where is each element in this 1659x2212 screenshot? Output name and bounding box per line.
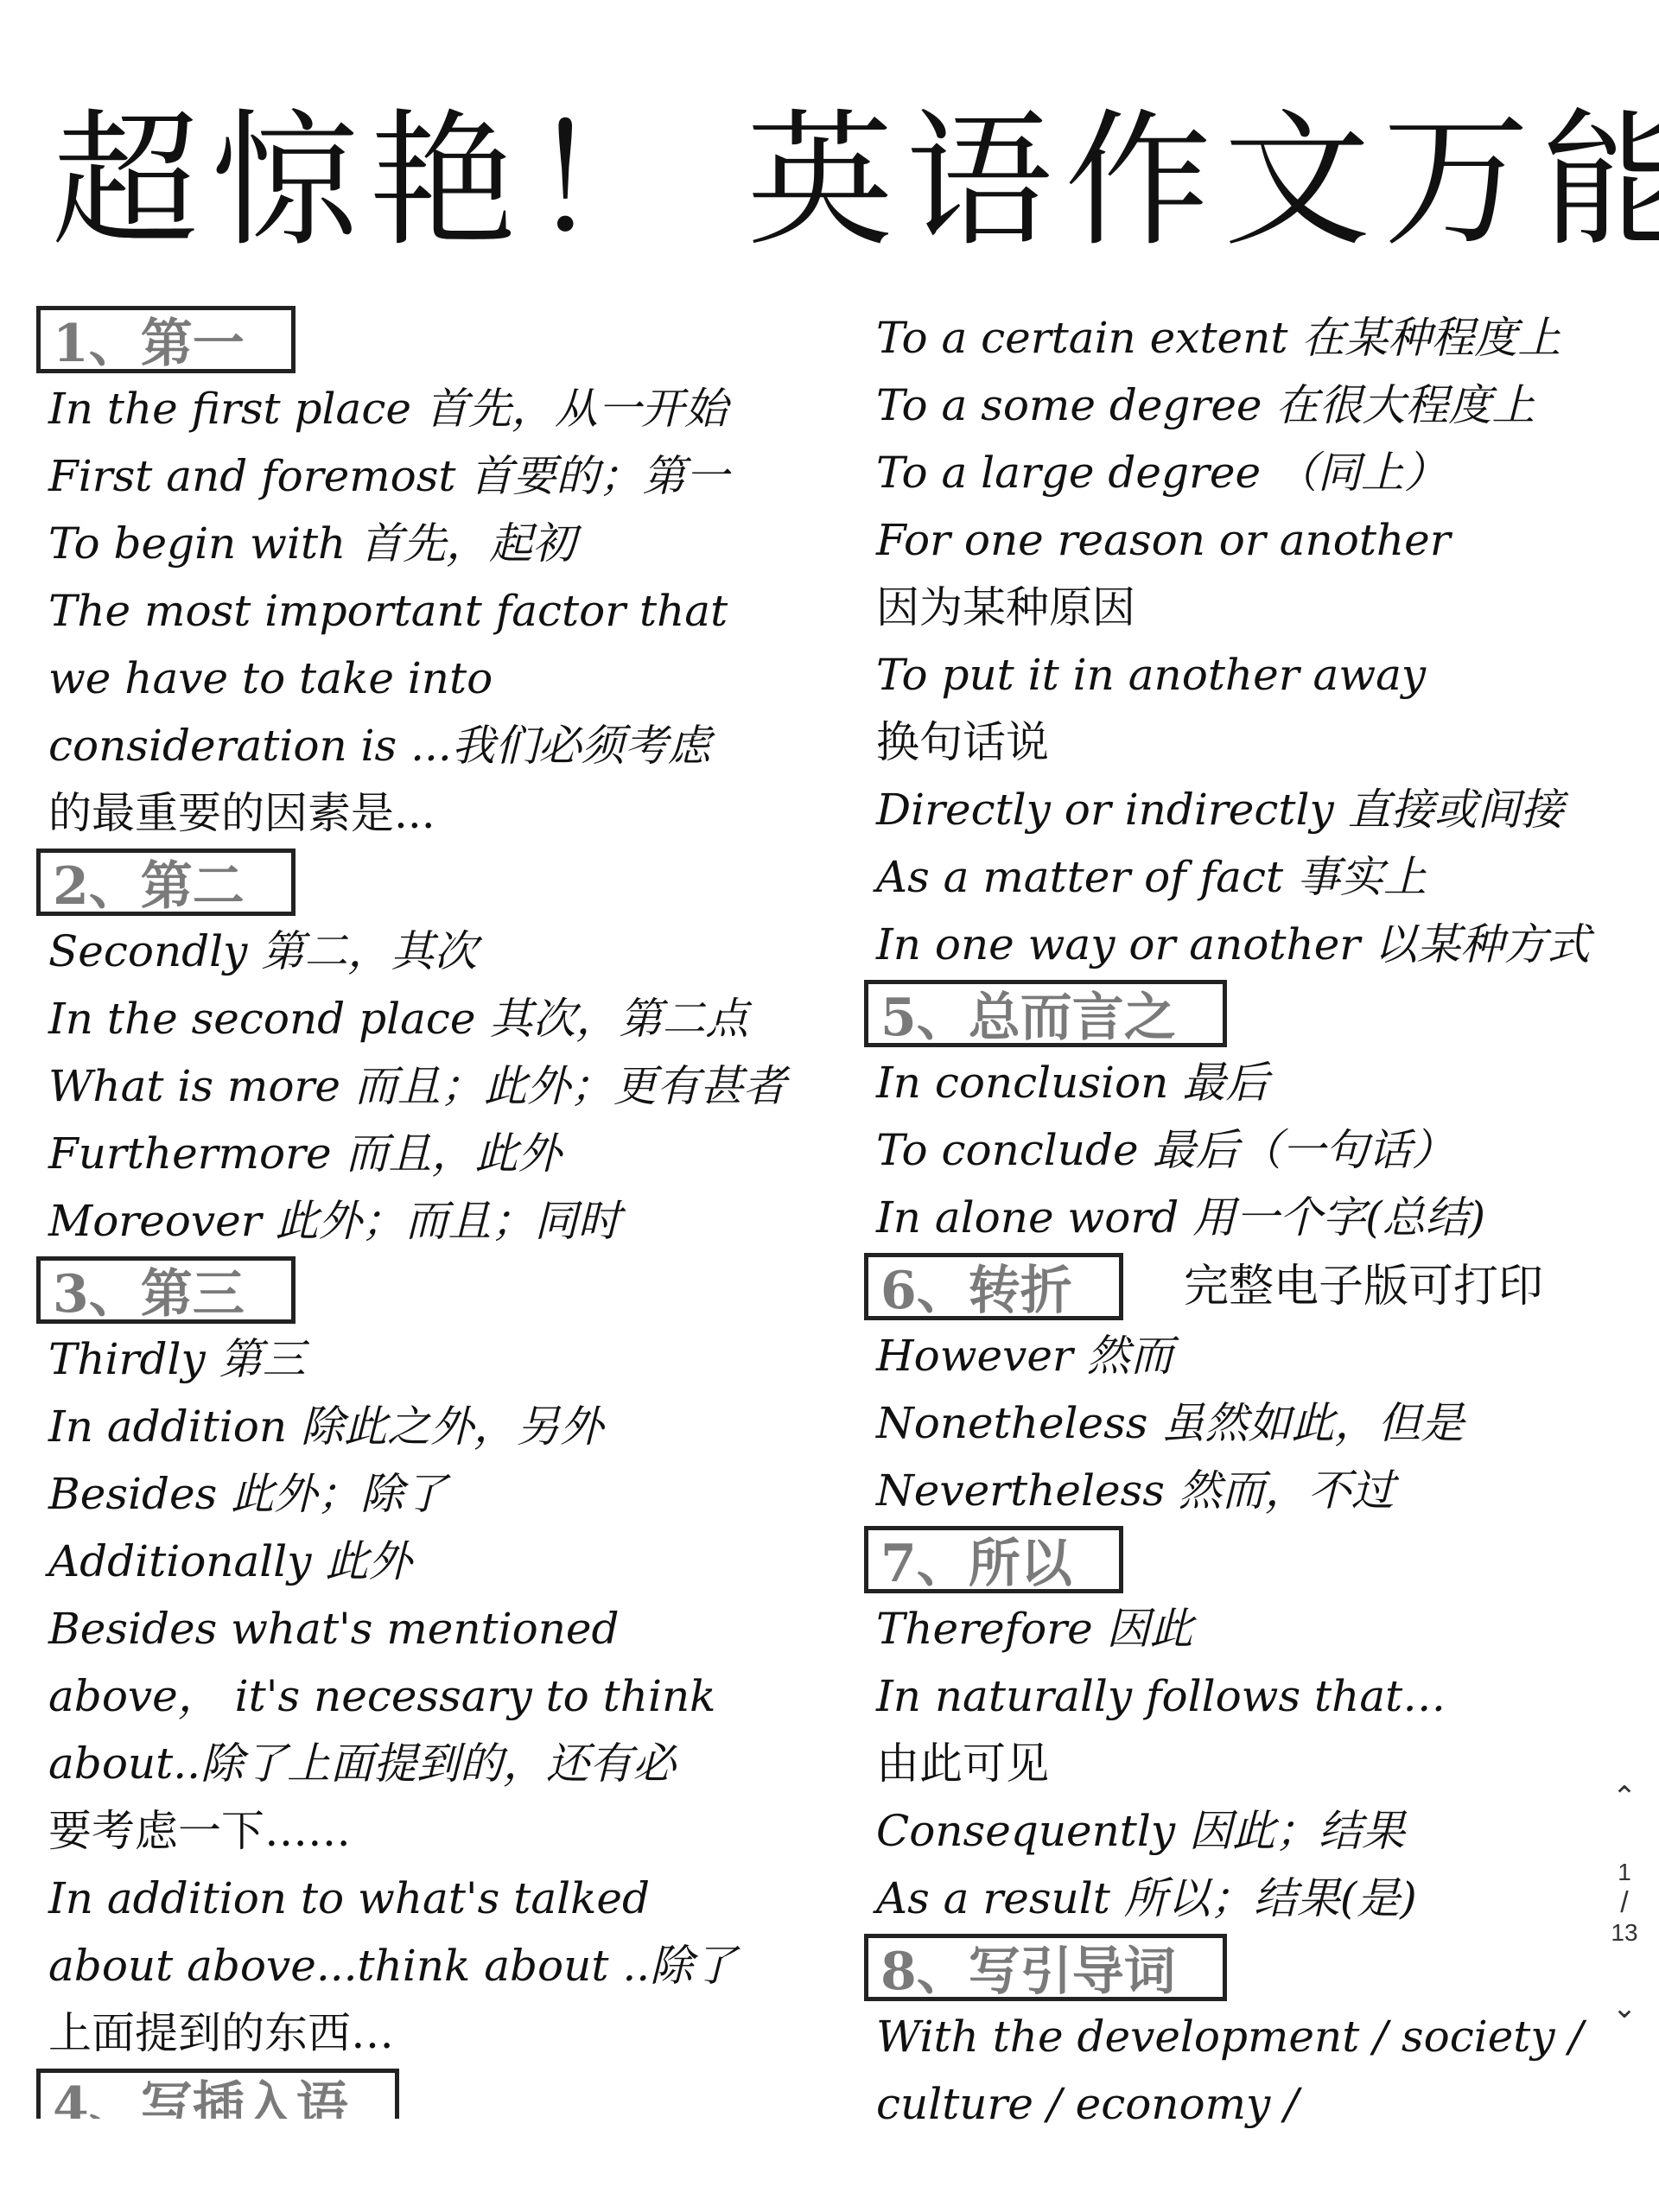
phrase-line: about..除了上面提到的，还有必 — [36, 1730, 814, 1797]
current-page: 1 — [1599, 1858, 1650, 1887]
phrase-line: To a large degree （同上） — [864, 439, 1624, 506]
section-heading: 1、第一 — [36, 306, 296, 373]
section-4-continued: To a certain extent 在某种程度上 To a some deg… — [864, 304, 1624, 978]
section-4: 4、写插入语 — [36, 2067, 814, 2119]
phrase-line: Consequently 因此；结果 — [864, 1797, 1624, 1865]
phrase-line: In the first place 首先，从一开始 — [36, 375, 814, 442]
page-title: 超惊艳！ 英语作文万能句 — [52, 95, 1607, 268]
phrase-line: Therefore 因此 — [864, 1595, 1624, 1662]
phrase-line: In the second place 其次，第二点 — [36, 985, 814, 1052]
phrase-line: we have to take into — [36, 645, 814, 712]
phrase-line: The most important factor that — [36, 577, 814, 645]
section-5: 5、总而言之 In conclusion 最后 To conclude 最后（一… — [864, 978, 1624, 1251]
page-navigator: ⌃ 1 / 13 ⌄ — [1599, 1780, 1650, 2025]
phrase-line: In naturally follows that… — [864, 1662, 1624, 1730]
phrase-line: However 然而 — [864, 1322, 1624, 1389]
section-heading: 5、总而言之 — [864, 980, 1227, 1047]
right-column: To a certain extent 在某种程度上 To a some deg… — [864, 304, 1624, 2138]
phrase-line: In conclusion 最后 — [864, 1049, 1624, 1116]
page-separator: / — [1599, 1887, 1650, 1918]
phrase-line: Nevertheless 然而，不过 — [864, 1457, 1624, 1524]
phrase-line: Moreover 此外；而且；同时 — [36, 1187, 814, 1255]
phrase-line: As a result 所以；结果(是) — [864, 1865, 1624, 1932]
phrase-line: 换句话说 — [864, 709, 1624, 776]
phrase-line: What is more 而且；此外；更有甚者 — [36, 1052, 814, 1120]
phrase-line: Secondly 第二，其次 — [36, 918, 814, 985]
phrase-line: Nonetheless 虽然如此，但是 — [864, 1389, 1624, 1457]
phrase-line: As a matter of fact 事实上 — [864, 843, 1624, 911]
phrase-line: In one way or another 以某种方式 — [864, 911, 1624, 978]
phrase-line: For one reason or another — [864, 506, 1624, 574]
phrase-line: 上面提到的东西… — [36, 1999, 814, 2067]
section-8: 8、写引导词 With the development / society / … — [864, 1932, 1624, 2138]
phrase-line: 的最重要的因素是... — [36, 779, 814, 847]
section-6: 6、转折 完整电子版可打印 However 然而 Nonetheless 虽然如… — [864, 1251, 1624, 1524]
phrase-line: In addition 除此之外，另外 — [36, 1393, 814, 1460]
section-7: 7、所以 Therefore 因此 In naturally follows t… — [864, 1524, 1624, 1932]
phrase-line: To a certain extent 在某种程度上 — [864, 304, 1624, 372]
section-heading: 8、写引导词 — [864, 1934, 1227, 2001]
phrase-line: Directly or indirectly 直接或间接 — [864, 776, 1624, 843]
phrase-line: In alone word 用一个字(总结) — [864, 1184, 1624, 1251]
phrase-line: To begin with 首先，起初 — [36, 510, 814, 577]
section-heading: 2、第二 — [36, 849, 296, 916]
section-2: 2、第二 Secondly 第二，其次 In the second place … — [36, 847, 814, 1255]
phrase-line: culture / economy / — [864, 2070, 1624, 2138]
phrase-line: Furthermore 而且，此外 — [36, 1120, 814, 1187]
phrase-line: above， it's necessary to think — [36, 1662, 814, 1730]
left-column: 1、第一 In the first place 首先，从一开始 First an… — [36, 304, 814, 2119]
chevron-up-icon[interactable]: ⌃ — [1599, 1780, 1650, 1815]
phrase-line: Besides 此外；除了 — [36, 1460, 814, 1528]
section-heading: 4、写插入语 — [36, 2069, 399, 2119]
phrase-line: consideration is ...我们必须考虑 — [36, 712, 814, 779]
phrase-line: about above...think about ..除了 — [36, 1932, 814, 1999]
section-heading: 3、第三 — [36, 1256, 296, 1324]
phrase-line: 因为某种原因 — [864, 574, 1624, 641]
section-heading: 6、转折 — [864, 1253, 1123, 1320]
phrase-line: First and foremost 首要的；第一 — [36, 442, 814, 510]
section-1: 1、第一 In the first place 首先，从一开始 First an… — [36, 304, 814, 847]
phrase-line: In addition to what's talked — [36, 1865, 814, 1932]
phrase-line: With the development / society / — [864, 2003, 1624, 2070]
section-3: 3、第三 Thirdly 第三 In addition 除此之外，另外 Besi… — [36, 1255, 814, 2067]
printable-note: 完整电子版可打印 — [1184, 1253, 1543, 1320]
phrase-line: To a some degree 在很大程度上 — [864, 372, 1624, 439]
section-heading: 7、所以 — [864, 1526, 1123, 1593]
phrase-line: To conclude 最后（一句话） — [864, 1116, 1624, 1184]
phrase-line: 由此可见 — [864, 1730, 1624, 1797]
phrase-line: 要考虑一下…… — [36, 1797, 814, 1865]
phrase-line: Additionally 此外 — [36, 1528, 814, 1595]
phrase-line: Thirdly 第三 — [36, 1325, 814, 1393]
phrase-line: To put it in another away — [864, 641, 1624, 709]
total-pages: 13 — [1599, 1918, 1650, 1948]
phrase-line: Besides what's mentioned — [36, 1595, 814, 1662]
chevron-down-icon[interactable]: ⌄ — [1599, 1991, 1650, 2025]
